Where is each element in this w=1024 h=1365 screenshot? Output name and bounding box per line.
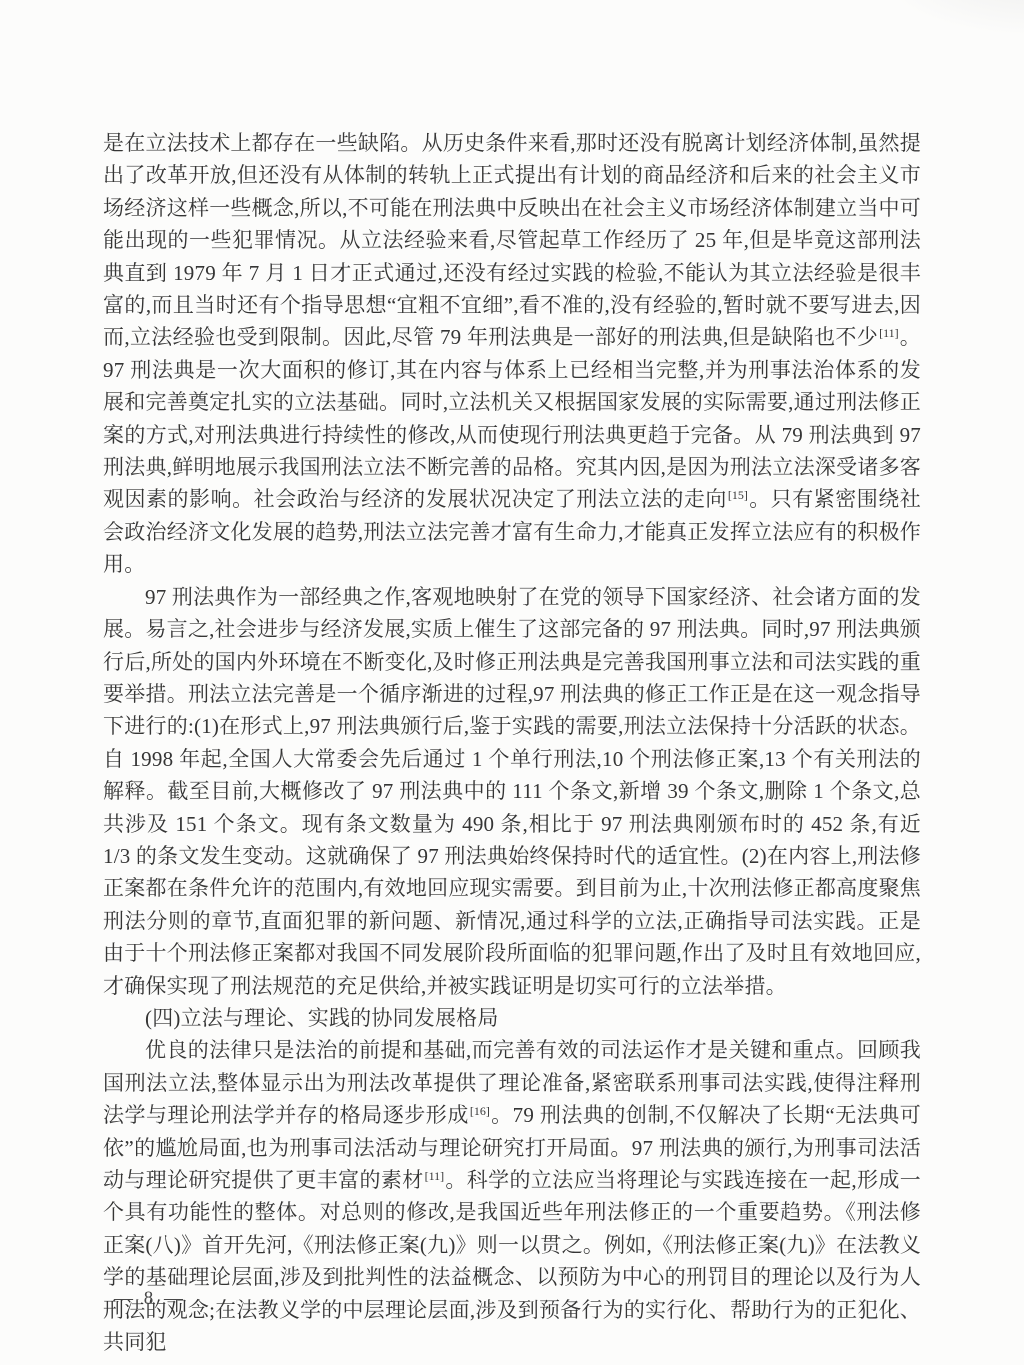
body-paragraph: 97 刑法典作为一部经典之作,客观地映射了在党的领导下国家经济、社会诸方面的发展…	[103, 581, 921, 1002]
body-paragraph: 是在立法技术上都存在一些缺陷。从历史条件来看,那时还没有脱离计划经济体制,虽然提…	[103, 127, 921, 581]
page-number: — 8 —	[114, 1288, 186, 1309]
citation-superscript: [16]	[469, 1104, 491, 1118]
body-paragraph: 优良的法律只是法治的前提和基础,而完善有效的司法运作才是关键和重点。回顾我国刑法…	[103, 1034, 921, 1358]
text-column: 是在立法技术上都存在一些缺陷。从历史条件来看,那时还没有脱离计划经济体制,虽然提…	[103, 127, 921, 1358]
citation-superscript: [15]	[727, 488, 749, 502]
citation-superscript: [11]	[878, 326, 900, 340]
citation-superscript: [11]	[424, 1169, 446, 1183]
section-heading: (四)立法与理论、实践的协同发展格局	[103, 1002, 921, 1034]
page-footer: — 8 —	[114, 1286, 186, 1312]
document-page: 是在立法技术上都存在一些缺陷。从历史条件来看,那时还没有脱离计划经济体制,虽然提…	[0, 0, 1024, 1365]
